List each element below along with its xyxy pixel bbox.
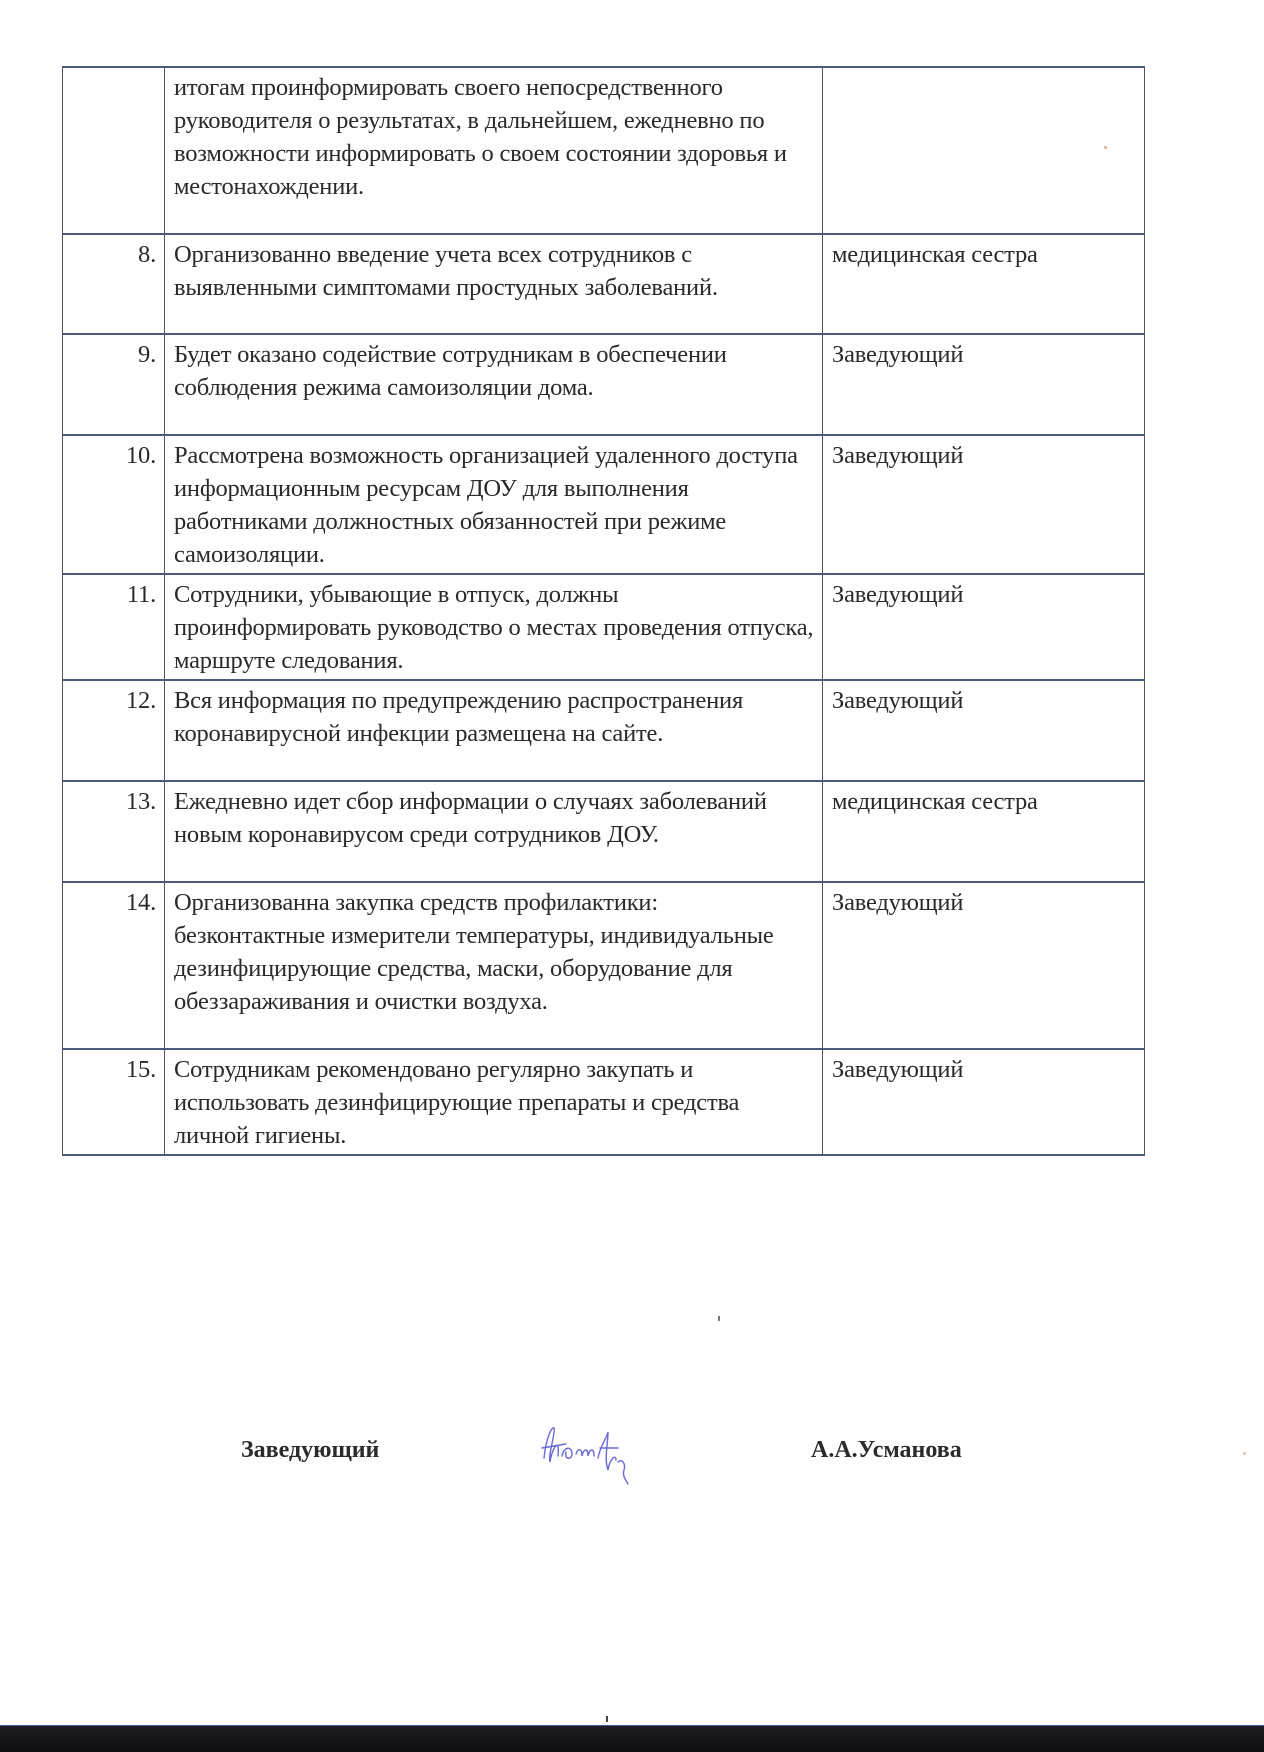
scan-speck <box>1243 1452 1246 1455</box>
table-row: итогам проинформировать своего непосредс… <box>63 67 1145 234</box>
row-number: 10. <box>63 435 165 574</box>
responsible-person: Заведующий <box>823 334 1145 435</box>
responsible-person: Заведующий <box>823 435 1145 574</box>
row-number: 9. <box>63 334 165 435</box>
measure-text: Сотрудники, убывающие в отпуск, должны п… <box>165 574 823 680</box>
table-row: 8. Организованно введение учета всех сот… <box>63 234 1145 334</box>
table-row: 15. Сотрудникам рекомендовано регулярно … <box>63 1049 1145 1155</box>
measure-text: Рассмотрена возможность организацией уда… <box>165 435 823 574</box>
handwritten-signature-icon <box>538 1418 653 1488</box>
responsible-person: Заведующий <box>823 574 1145 680</box>
row-number: 14. <box>63 882 165 1049</box>
row-number: 12. <box>63 680 165 781</box>
responsible-person: медицинская сестра <box>823 234 1145 334</box>
row-number: 13. <box>63 781 165 882</box>
scan-speck <box>1104 146 1107 149</box>
table-row: 9. Будет оказано содействие сотрудникам … <box>63 334 1145 435</box>
measure-text: Ежедневно идет сбор информации о случаях… <box>165 781 823 882</box>
responsible-person: Заведующий <box>823 882 1145 1049</box>
responsible-person: Заведующий <box>823 680 1145 781</box>
table-row: 10. Рассмотрена возможность организацией… <box>63 435 1145 574</box>
measure-text: Будет оказано содействие сотрудникам в о… <box>165 334 823 435</box>
scanner-edge-strip <box>0 1725 1264 1752</box>
table-row: 11. Сотрудники, убывающие в отпуск, долж… <box>63 574 1145 680</box>
scan-speck <box>606 1716 608 1722</box>
table-row: 12. Вся информация по предупреждению рас… <box>63 680 1145 781</box>
measure-text: Организованно введение учета всех сотруд… <box>165 234 823 334</box>
measure-text: Вся информация по предупреждению распрос… <box>165 680 823 781</box>
measures-table: итогам проинформировать своего непосредс… <box>62 66 1145 1156</box>
row-number: 11. <box>63 574 165 680</box>
table-row: 14. Организованна закупка средств профил… <box>63 882 1145 1049</box>
table-row: 13. Ежедневно идет сбор информации о слу… <box>63 781 1145 882</box>
document-page: итогам проинформировать своего непосредс… <box>0 0 1264 1752</box>
responsible-person: Заведующий <box>823 1049 1145 1155</box>
measure-text: Сотрудникам рекомендовано регулярно заку… <box>165 1049 823 1155</box>
signer-name: А.А.Усманова <box>811 1437 962 1464</box>
row-number <box>63 67 165 234</box>
responsible-person: медицинская сестра <box>823 781 1145 882</box>
measure-text: Организованна закупка средств профилакти… <box>165 882 823 1049</box>
scan-speck <box>718 1316 720 1321</box>
measure-text: итогам проинформировать своего непосредс… <box>165 67 823 234</box>
signer-title: Заведующий <box>241 1437 379 1464</box>
row-number: 8. <box>63 234 165 334</box>
row-number: 15. <box>63 1049 165 1155</box>
responsible-person <box>823 67 1145 234</box>
